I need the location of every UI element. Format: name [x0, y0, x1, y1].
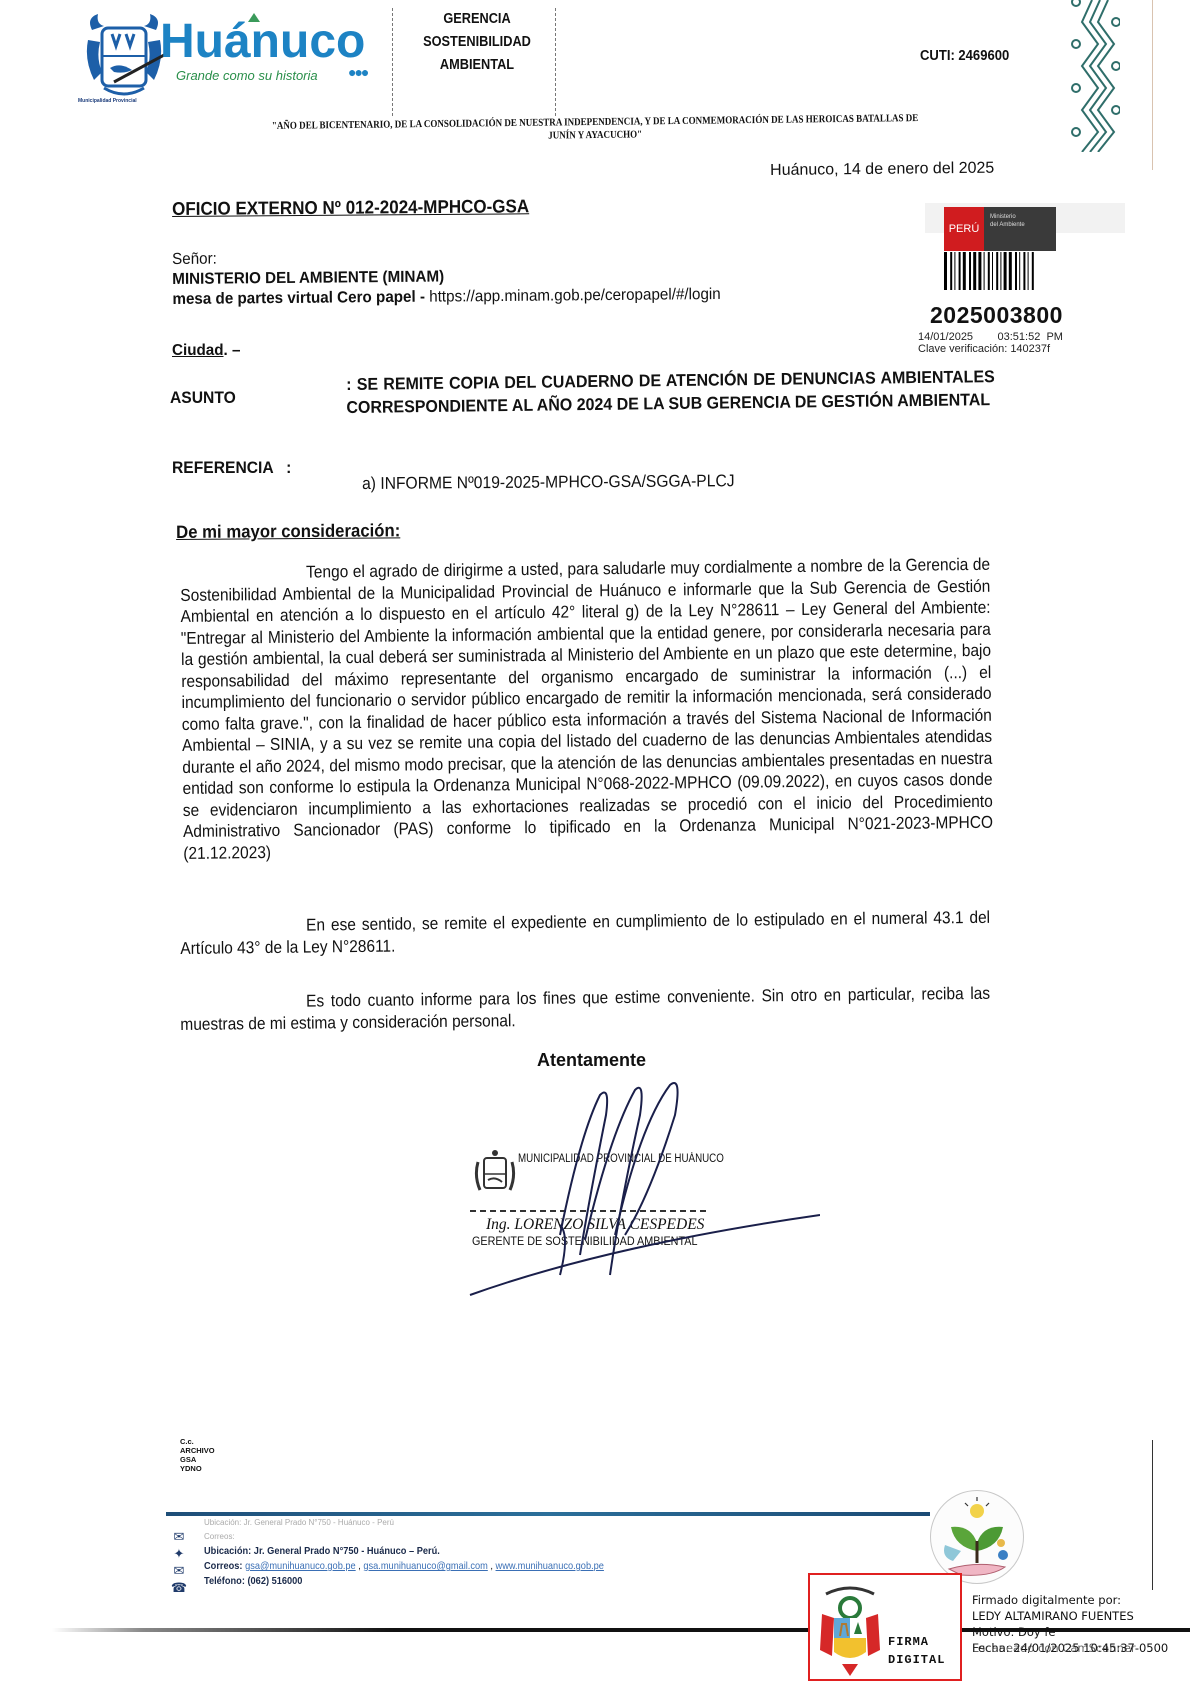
document-title: OFICIO EXTERNO Nº 012-2024-MPHCO-GSA	[172, 195, 529, 220]
digital-signature-badge: FIRMA DIGITAL	[888, 1633, 945, 1669]
stamp-datetime: 14/01/2025 03:51:52 PM Clave verificació…	[918, 331, 1063, 355]
body-paragraph: Tengo el agrado de dirigirme a usted, pa…	[180, 554, 993, 864]
barcode-icon	[944, 252, 1064, 290]
signature-reason: Motivo: Doy fe	[972, 1624, 1168, 1640]
footer-address: Ubicación: Jr. General Prado N°750 - Huá…	[204, 1544, 604, 1559]
environment-logo-icon	[930, 1490, 1024, 1584]
header-divider	[392, 8, 393, 116]
footer-icons: ✉ ✦ ✉ ☎	[170, 1530, 194, 1598]
peru-coat-of-arms-icon	[818, 1584, 882, 1676]
handwritten-signature-icon	[460, 1075, 820, 1300]
digital-signature-details: Firmado digitalmente por: LEDY ALTAMIRAN…	[972, 1592, 1168, 1656]
greeting: De mi mayor consideración:	[176, 520, 400, 543]
signed-by-label: Firmado digitalmente por:	[972, 1592, 1168, 1608]
closing: Atentamente	[537, 1050, 646, 1071]
reference-text: a) INFORME Nº019-2025-MPHCO-GSA/SGGA-PLC…	[362, 471, 735, 494]
cuti-number: CUTI: 2469600	[920, 48, 1009, 64]
website-link[interactable]: www.munihuanuco.gob.pe	[496, 1560, 604, 1572]
registry-number: 2025003800	[930, 302, 1063, 329]
digital-signer: LEDY ALTAMIRANO FUENTES	[972, 1608, 1168, 1624]
brand-tagline: Grande como su historia	[176, 68, 318, 83]
footer-phone: Teléfono: (062) 516000	[204, 1574, 604, 1589]
water-drops-icon: ●●●	[348, 64, 367, 80]
footer-rule	[166, 1512, 930, 1516]
signature-date: Fecha: 24/01/2025 10:45:37-0500Escaneado…	[972, 1640, 1168, 1656]
department-name: GERENCIA SOSTENIBILIDAD AMBIENTAL	[411, 8, 543, 77]
footer-faded-text: Ubicación: Jr. General Prado N°750 - Huá…	[204, 1518, 394, 1527]
envelope-icon: ✉	[170, 1564, 188, 1578]
footer-faded-text: Correos:	[204, 1532, 235, 1541]
body-paragraph: En ese sentido, se remite el expediente …	[180, 907, 990, 959]
submission-channel: mesa de partes virtual Cero papel - http…	[172, 285, 720, 310]
minam-logo: PERÚ Ministerio del Ambiente	[944, 207, 1056, 251]
location-pin-icon: ✦	[170, 1547, 188, 1561]
subject-text: : SE REMITE COPIA DEL CUADERNO DE ATENCI…	[346, 365, 995, 419]
mail-icon: ✉	[170, 1530, 188, 1544]
header-divider	[555, 8, 556, 116]
email-link[interactable]: gsa.munihuanuco@gmail.com	[363, 1560, 487, 1572]
body-paragraph: Es todo cuanto informe para los fines qu…	[180, 983, 990, 1035]
municipal-crest-icon	[84, 10, 164, 102]
email-link[interactable]: gsa@munihuanuco.gob.pe	[245, 1560, 356, 1572]
page-edge-line	[1152, 0, 1153, 170]
year-motto: "AÑO DEL BICENTENARIO, DE LA CONSOLIDACI…	[238, 112, 952, 147]
footer-contact: Ubicación: Jr. General Prado N°750 - Huá…	[204, 1544, 604, 1589]
crest-caption: Municipalidad Provincial	[78, 98, 137, 104]
channel-link[interactable]: https://app.minam.gob.pe/ceropapel/#/log…	[429, 286, 721, 306]
addressee-block: Señor: MINISTERIO DEL AMBIENTE (MINAM) m…	[172, 245, 721, 310]
page-edge-line	[1152, 1440, 1153, 1590]
subject-label: ASUNTO	[170, 388, 236, 408]
phone-icon: ☎	[170, 1581, 188, 1595]
brand-name: Huánuco	[160, 18, 365, 66]
city-line: Ciudad. –	[172, 342, 240, 360]
footer-emails: Correos: gsa@munihuanuco.gob.pe , gsa.mu…	[204, 1559, 604, 1574]
reference-label: REFERENCIA :	[172, 458, 291, 478]
copies-list: C.c. ARCHIVO GSA YDNO	[180, 1437, 215, 1473]
scanner-watermark: Escaneado con CamScanner	[972, 1640, 1136, 1656]
place-date: Huánuco, 14 de enero del 2025	[770, 160, 994, 180]
zigzag-ornament-icon	[1070, 0, 1120, 152]
